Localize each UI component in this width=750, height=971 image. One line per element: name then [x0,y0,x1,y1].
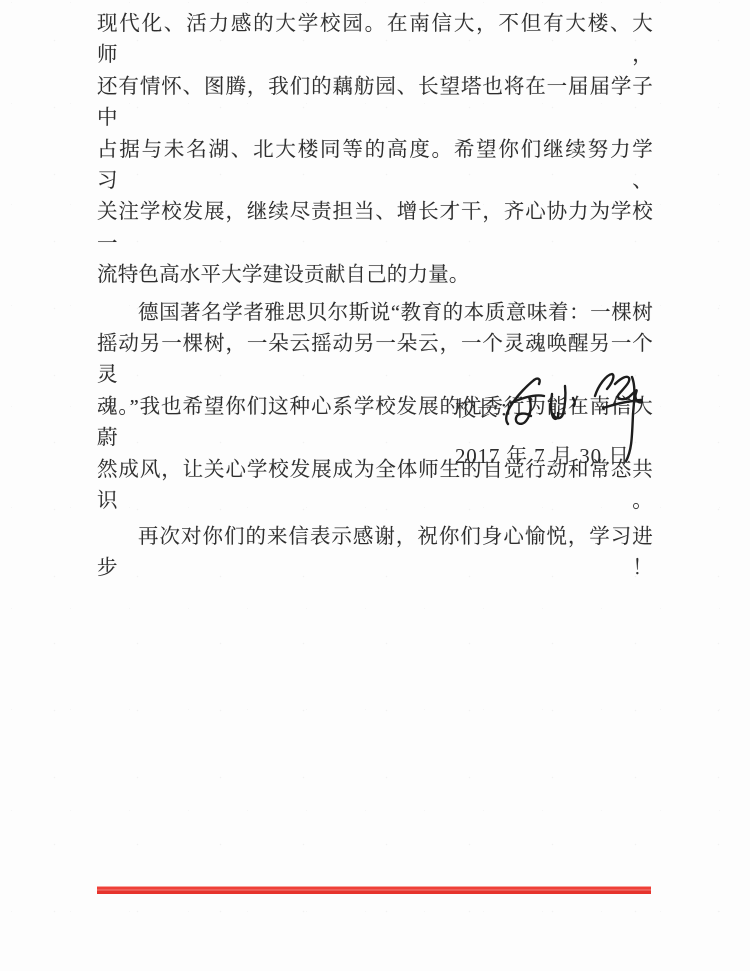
red-footer-rule [97,886,651,894]
letter-line: 关注学校发展，继续尽责担当、增长才干，齐心协力为学校一 [97,197,653,260]
letter-line: 现代化、活力感的大学校园。在南信大，不但有大楼、大师， [97,9,653,72]
letter-line: 再次对你们的来信表示感谢，祝你们身心愉悦，学习进步！ [97,522,653,585]
letter-line: 占据与未名湖、北大楼同等的高度。希望你们继续努力学习、 [97,135,653,198]
president-handwritten-signature-icon [495,358,655,470]
letter-line: 流特色高水平大学建设贡献自己的力量。 [97,260,653,291]
scanned-letter-page: 现代化、活力感的大学校园。在南信大，不但有大楼、大师， 还有情怀、图腾，我们的藕… [0,0,750,971]
letter-body-text: 现代化、活力感的大学校园。在南信大，不但有大楼、大师， 还有情怀、图腾，我们的藕… [97,9,653,584]
letter-line: 还有情怀、图腾，我们的藕舫园、长望塔也将在一届届学子中 [97,72,653,135]
letter-line: 德国著名学者雅思贝尔斯说“教育的本质意味着：一棵树 [97,298,653,329]
